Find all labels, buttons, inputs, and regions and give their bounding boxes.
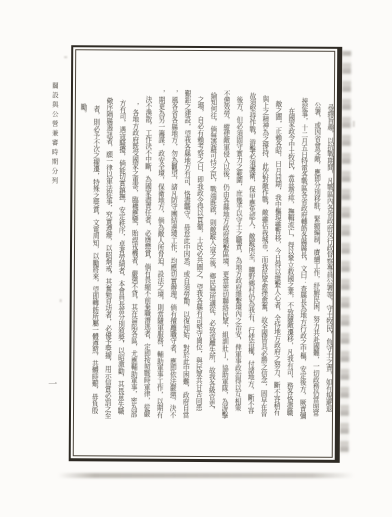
text-column-14: ，期更為另一籌謀，政安全境，保衛地方，倘為敵人所脅迫，設法之境，則當隨軍服務，輔… (152, 90, 167, 420)
text-column-5: 敵之圖，正賴各昭，日月同期，我中樞現雖暫移，今日得以維繫人心者，全恃地方政府之努… (269, 90, 284, 420)
text-column-20: 勵。 (74, 89, 89, 419)
vertical-text-block: 尋繹旨趣，以抗戰期間，凡戰區內各省政府及行政督察專員公署等，守土牧民，負守土之責… (74, 89, 336, 421)
text-column-15: 決不渙散，工作決不中斷，為國家盡責任者，必膺懋賞，倘有畏縮不前棄職潛逃者，定即按… (139, 90, 154, 420)
scan-ink-bleed-right (340, 51, 351, 455)
text-column-13: ，風各省各縣地方，勿為觀望，諸凡防守團結邊境工作，均應切實辦理，倘有擅離職守者，… (165, 90, 180, 420)
scan-shadow-bottom (58, 473, 354, 478)
text-column-11: 之場，自必有賴考察之日，即我政令得以貫徹，士民必共圖之，望我各縣有司堅守崗位，與… (191, 90, 206, 420)
text-column-12: 艱鉅之建設，望我各縣地方有司，恪盡職守，毋怠此中因悉，或自須勞勩，以復知始，對於… (178, 90, 193, 420)
text-column-7: 故須堅持作戰，游擊必須護衛，保甲應免認人，敵蹤所至，曠野鄉村仍為我有，行使治權，… (243, 90, 258, 420)
text-column-9: 不憊效勞，縱使敵軍侵入以後，仍由各縣地方政府維繫區境，更當密切聯絡民眾，組訓壯丁… (217, 90, 232, 420)
text-column-3: 挾從事，十二月五日特電各戰區各省政府轉飭各縣縣長，文曰：查縣長為地方行政之中樞，… (295, 91, 310, 421)
scan-noise-speck (60, 299, 62, 302)
text-column-18: 儆序隔縣遏訊者，願一律以軍法從事，究實遵辦，以昭炯戒，其奮勉見功者，必優予獎擢，… (100, 89, 115, 419)
text-column-10: 綸知何往，倘無憑藉可恃之民，戰端既啟，則敵蹤入寇之後，鄉民無所適從，必致流離失所… (204, 90, 219, 420)
scan-noise-speck (64, 56, 67, 58)
text-column-4: 在國家政令中土牧民，當茲勞瘁，撫輯流亡，得以鞏立救國之業，不致隨敵遷移，凡我有司… (282, 91, 297, 421)
margin-title: 闢設與公營兼審時期分列 (48, 82, 61, 197)
text-column-19: 者，則必予不次之擢遷，特殊之獎賞，文電周知，以勵將來，望即轉飭所屬一體遵照，共體… (87, 89, 102, 419)
page-number: 一 (48, 377, 57, 390)
text-column-16: ，各地方政府既受國家之重寄，臨機應變，貽誤戎機者，嚴懲不貸，其在淪陷各區，尤應輔… (126, 90, 141, 420)
text-column-8: 後方，但必須固守實力之範圍，庶幾乎以守土之職責，為地方政府維繫境內之治安，俾軍事… (230, 90, 245, 420)
printed-area: 尋繹旨趣，以抗戰期間，凡戰區內各省政府及行政督察專員公署等，守土牧民，負守土之責… (0, 0, 392, 517)
scanned-document-page: 尋繹旨趣，以抗戰期間，凡戰區內各省政府及行政督察專員公署等，守土牧民，負守土之責… (0, 0, 392, 517)
text-column-17: 方有司，遇寇騷擾，倘能切實鎮撫，安定秩序，卓著勞績者，本會員長當分別敘獎，以昭激… (113, 89, 128, 419)
text-column-2: 公署，或因省會受敵，應即分別移駐，緊縮編制，賡續工作，紓解民困，努力共赴國難，一… (308, 91, 323, 421)
text-column-6: 與上之精神為之撐持，此次對敵作戰，敵雖佔我城市，而我民眾愈挫愈奮，故全國皆具必勝… (256, 90, 271, 420)
scan-noise-speck (353, 121, 355, 127)
text-column-1: 尋繹旨趣，以抗戰期間，凡戰區內各省政府及行政督察專員公署等，守土牧民，負守土之責… (321, 91, 336, 421)
